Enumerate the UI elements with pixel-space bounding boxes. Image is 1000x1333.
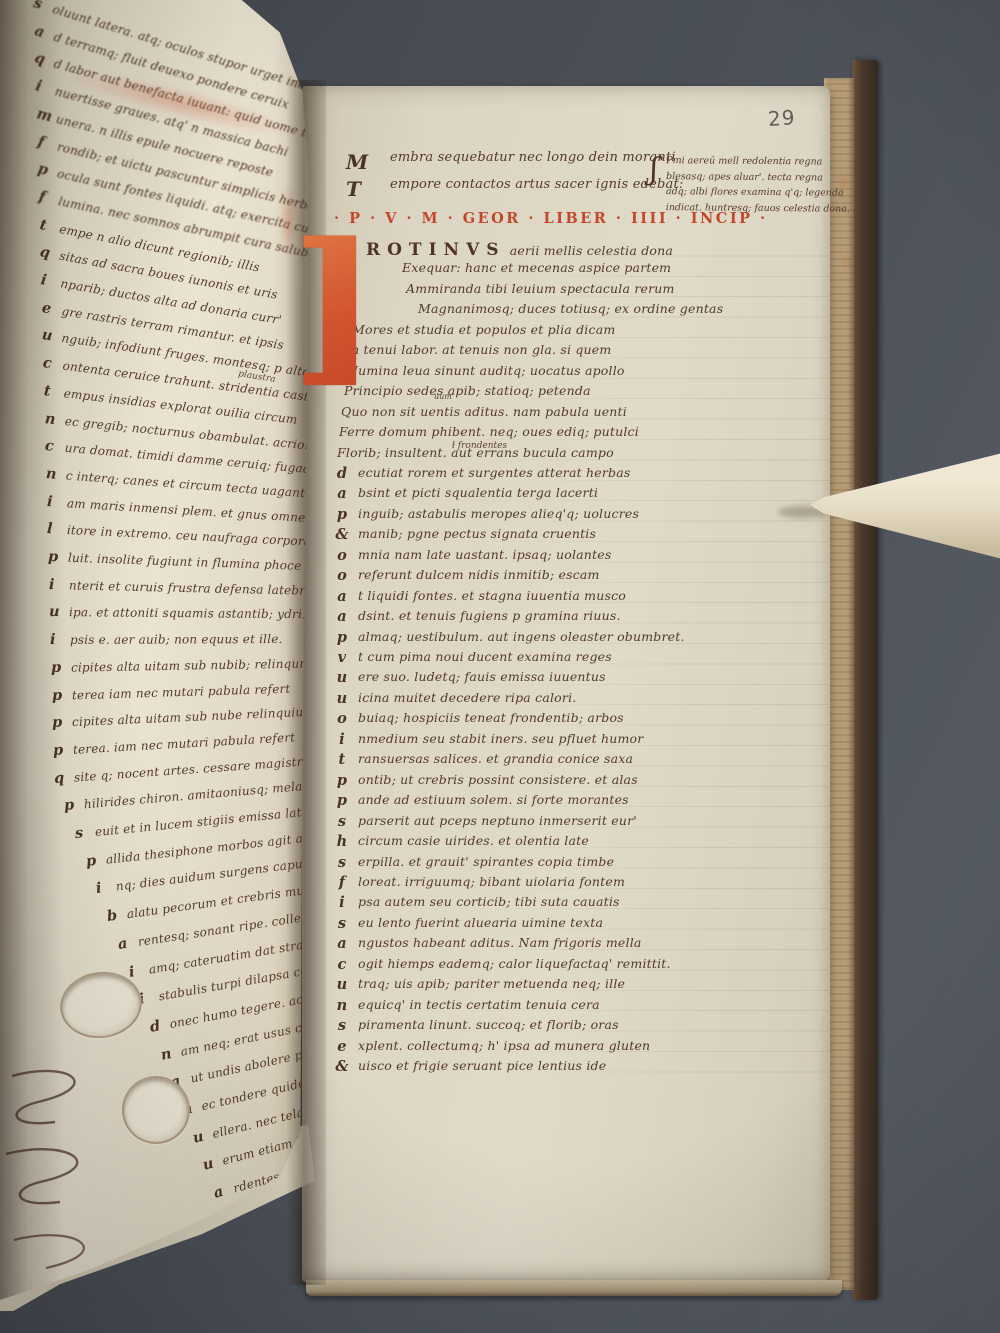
manuscript-line-header: Membra sequebatur nec longo dein moranti [390, 150, 676, 165]
line-text: ontib; ut crebris possint consistere. et… [358, 772, 638, 787]
manuscript-line-right: oreferunt dulcem nidis inmitib; escam [358, 567, 600, 582]
line-text: inguib; astabulis meropes alieq'q; uoluc… [358, 506, 639, 521]
line-initial: p [52, 741, 73, 759]
line-text: icina muitet decedere ripa calori. [358, 690, 576, 705]
manuscript-line-right: sparserit aut pceps neptuno inmerserit e… [358, 813, 637, 828]
line-text: ogit hiemps eademq; calor liquefactaq' r… [358, 956, 671, 971]
interlinear-gloss-uum: uum [434, 392, 452, 401]
page-stack-bottom [306, 1280, 842, 1296]
line-text: aerii mellis celestia dona [506, 243, 674, 258]
line-text: ande ad estiuum solem. si forte morantes [358, 792, 629, 807]
manuscript-line-right: &uisco et frigie seruant pice lentius id… [358, 1058, 606, 1073]
manuscript-line-right: &manib; pgne pectus signata cruentis [358, 526, 596, 541]
line-text: loreat. irriguumq; bibant uiolaria fonte… [358, 874, 625, 889]
left-page: soluunt latera. atq; oculos stupor urget… [0, 0, 318, 1300]
line-initial: n [330, 997, 354, 1014]
manuscript-line-left: pcipites alta uitam sub nube relinquius [52, 703, 310, 731]
line-text: almaq; uestibulum. aut ingens oleaster o… [358, 629, 685, 644]
manuscript-line-right: absint et picti squalentia terga lacerti [358, 485, 598, 500]
line-initial: p [51, 658, 71, 675]
manuscript-line-right: transuersas salices. et grandia conice s… [358, 751, 633, 766]
line-text: eu lento fuerint aluearia uimine texta [358, 915, 603, 930]
line-text: ere suo. ludetq; fauis emissa iuuentus [358, 669, 606, 684]
line-initial: p [330, 506, 354, 523]
manuscript-line-right: pande ad estiuum solem. si forte morante… [358, 792, 629, 807]
line-text: nmedium seu stabit iners. seu pfluet hum… [358, 731, 643, 746]
line-initial: p [330, 792, 354, 809]
line-initial: u [330, 690, 354, 707]
manuscript-line-left: pluit. insolite fugiunt in flumina phoce [48, 548, 302, 574]
line-initial: u [330, 669, 354, 686]
manuscript-line-right: serpilla. et grauit' spirantes copia tim… [358, 854, 614, 869]
line-initial: h [330, 833, 354, 850]
line-initial: u [49, 603, 69, 620]
manuscript-line-right: nequicq' in tectis certatim tenuia cera [358, 997, 600, 1012]
line-text: bsint et picti squalentia terga lacerti [358, 485, 598, 500]
manuscript-line-right: hcircum casie uirides. et olentia late [358, 833, 589, 848]
line-text: ipa. et attoniti squamis astantib; ydri. [69, 606, 306, 622]
line-initial: a [330, 608, 354, 625]
line-initial: q [53, 768, 74, 786]
line-initial: p [85, 851, 107, 870]
line-text: traq; uis apib; pariter metuenda neq; il… [358, 976, 625, 991]
line-text: ngustos habeant aditus. Nam frigoris mel… [358, 935, 642, 950]
line-text: psa autem seu corticib; tibi suta cauati… [358, 894, 620, 909]
line-initial: i [330, 731, 354, 748]
line-initial: p [51, 686, 72, 704]
line-initial: t [330, 751, 354, 768]
manuscript-line-right: seu lento fuerint aluearia uimine texta [358, 915, 603, 930]
manuscript-line-right: palmaq; uestibulum. aut ingens oleaster … [358, 629, 685, 644]
line-initial: e [330, 1038, 354, 1055]
manuscript-line-right: decutiat rorem et surgentes atterat herb… [358, 465, 631, 480]
line-initial: t [43, 382, 65, 401]
line-initial: s [330, 813, 354, 830]
manuscript-line-right: Magnanimosq; duces totiusq; ex ordine ge… [418, 301, 723, 316]
line-initial: i [46, 493, 67, 511]
manuscript-line-left: ipsis e. aer auib; non equus et ille. [50, 630, 283, 648]
line-initial: l [47, 520, 68, 538]
line-initial: i [95, 878, 117, 897]
manuscript-line-right: pontib; ut crebris possint consistere. e… [358, 772, 638, 787]
manuscript-line-left: uipa. et attoniti squamis astantib; ydri… [49, 603, 306, 622]
line-initial: b [106, 905, 128, 925]
line-initial: a [117, 933, 139, 953]
line-initial: s [330, 1017, 354, 1034]
line-text: equicq' in tectis certatim tenuia cera [358, 997, 600, 1012]
line-text: terea iam nec mutari pabula refert [71, 681, 290, 702]
line-initial: o [330, 710, 354, 727]
book-board-edge [852, 60, 878, 1300]
line-text: mnia nam late uastant. ipsaq; uolantes [358, 547, 611, 562]
line-text: Magnanimosq; duces totiusq; ex ordine ge… [418, 301, 723, 316]
manuscript-line-right: omnia nam late uastant. ipsaq; uolantes [358, 547, 611, 562]
manuscript-line-left: pcipites alta uitam sub nubib; relinqunt [51, 654, 313, 676]
line-initial: f [330, 874, 354, 891]
line-initial: c [330, 956, 354, 973]
decorated-initial-P: P [294, 214, 356, 464]
line-text: t cum pima noui ducent examina reges [358, 649, 612, 664]
line-initial: i [330, 894, 354, 911]
line-initial: o [330, 547, 354, 564]
line-initial: & [330, 526, 354, 543]
manuscript-line-left: pterea iam nec mutari pabula refert [51, 679, 290, 703]
line-text: erpilla. et grauit' spirantes copia timb… [358, 854, 614, 869]
line-initial: p [48, 548, 69, 566]
manuscript-line-right: explent. collectumq; h' ipsa ad munera g… [358, 1038, 650, 1053]
line-text: cipites alta uitam sub nubib; relinqunt [71, 656, 313, 674]
manuscript-line-right: spiramenta linunt. succoq; et florib; or… [358, 1017, 619, 1032]
line-initial: t [38, 216, 61, 237]
line-initial: s [330, 854, 354, 871]
line-initial: e [40, 299, 62, 319]
manuscript-line-header: Tempore contactos artus sacer ignis edeb… [390, 177, 684, 192]
fore-edge-stain [838, 172, 848, 194]
line-text: piramenta linunt. succoq; et florib; ora… [358, 1017, 619, 1032]
manuscript-line-right: at liquidi fontes. et stagna iuuentia mu… [358, 588, 626, 603]
manuscript-line-left: pterea. iam nec mutari pabula refert [52, 728, 295, 759]
line-text: empore contactos artus sacer ignis edeba… [390, 177, 684, 192]
line-initial: v [330, 649, 354, 666]
line-initial: p [330, 629, 354, 646]
line-initial: i [50, 631, 70, 648]
manuscript-line-right: floreat. irriguumq; bibant uiolaria font… [358, 874, 625, 889]
margin-gloss-line: adq; albi flores examina q'q; legenda [666, 184, 866, 201]
line-text: luit. insolite fugiunt in flumina phoce [68, 551, 302, 573]
margin-gloss-block: Pmi aereū mell redolentia regna blesasq;… [666, 153, 867, 217]
fore-edge-stain [842, 254, 850, 270]
manuscript-line-right: uere suo. ludetq; fauis emissa iuuentus [358, 669, 606, 684]
line-text: embra sequebatur nec longo dein moranti [390, 150, 676, 165]
line-text: psis e. aer auib; non equus et ille. [70, 632, 283, 647]
line-text: dsint. et tenuis fugiens p gramina riuus… [358, 608, 621, 623]
manuscript-line-right: uicina muitet decedere ripa calori. [358, 690, 576, 705]
manuscript-line-right: pinguib; astabulis meropes alieq'q; uolu… [358, 506, 639, 521]
line-text: ecutiat rorem et surgentes atterat herba… [358, 465, 631, 480]
line-initial: i [49, 576, 69, 593]
line-initial: i [127, 960, 149, 980]
line-initial: c [42, 354, 64, 373]
line-text: cipites alta uitam sub nube relinquius [72, 705, 310, 729]
line-initial: a [330, 588, 354, 605]
line-text: nterit et curuis frustra defensa latebri… [69, 578, 316, 597]
line-initial: o [330, 567, 354, 584]
margin-gloss-line: Pmi aereū mell redolentia regna [666, 153, 866, 170]
margin-gloss-line: indicat. huntresq; fauos celestia dona. [666, 200, 866, 217]
line-text: ransuersas salices. et grandia conice sa… [358, 751, 633, 766]
interlinear-gloss-frondentes: ł frondentes [452, 441, 507, 451]
line-initial: d [330, 465, 354, 482]
line-text: t liquidi fontes. et stagna iuuentia mus… [358, 588, 626, 603]
line-initial: c [44, 437, 65, 456]
line-text: manib; pgne pectus signata cruentis [358, 526, 596, 541]
paraph-mark: ʃ [650, 152, 658, 187]
manuscript-line-right: adsint. et tenuis fugiens p gramina riuu… [358, 608, 621, 623]
margin-gloss-line: blesasq; apes aluar'. tecta regna [666, 169, 866, 186]
line-initial: p [52, 713, 73, 731]
line-text: referunt dulcem nidis inmitib; escam [358, 567, 600, 582]
line-initial: n [44, 410, 66, 429]
line-text: xplent. collectumq; h' ipsa ad munera gl… [358, 1038, 650, 1053]
line-text: parserit aut pceps neptuno inmerserit eu… [358, 813, 637, 828]
line-text: circum casie uirides. et olentia late [358, 833, 589, 848]
manuscript-line-right: ipsa autem seu corticib; tibi suta cauat… [358, 894, 620, 909]
line-initial: p [64, 796, 85, 815]
manuscript-line-right: angustos habeant aditus. Nam frigoris me… [358, 935, 642, 950]
line-initial: a [330, 935, 354, 952]
line-initial: a [330, 485, 354, 502]
manuscript-line-left: interit et curuis frustra defensa latebr… [49, 576, 316, 599]
manuscript-line-right: inmedium seu stabit iners. seu pfluet hu… [358, 731, 643, 746]
line-initial: p [330, 772, 354, 789]
line-initial: s [74, 823, 96, 842]
manuscript-line-right: obuiaq; hospiciis teneat frondentib; arb… [358, 710, 624, 725]
line-initial: n [159, 1043, 182, 1064]
manuscript-line-right: cogit hiemps eademq; calor liquefactaq' … [358, 956, 671, 971]
manuscript-line-right: vt cum pima noui ducent examina reges [358, 649, 612, 664]
line-initial: & [330, 1058, 354, 1075]
line-initial: M [346, 150, 376, 174]
line-initial: u [330, 976, 354, 993]
manuscript-photo: soluunt latera. atq; oculos stupor urget… [0, 0, 1000, 1333]
folio-number: 29 [767, 105, 796, 131]
line-initial: n [45, 465, 66, 483]
line-text: uisco et frigie seruant pice lentius ide [358, 1058, 606, 1073]
line-text: terea. iam nec mutari pabula refert [72, 730, 295, 757]
manuscript-line-right: utraq; uis apib; pariter metuenda neq; i… [358, 976, 625, 991]
line-initial: s [330, 915, 354, 932]
line-text: buiaq; hospiciis teneat frondentib; arbo… [358, 710, 624, 725]
